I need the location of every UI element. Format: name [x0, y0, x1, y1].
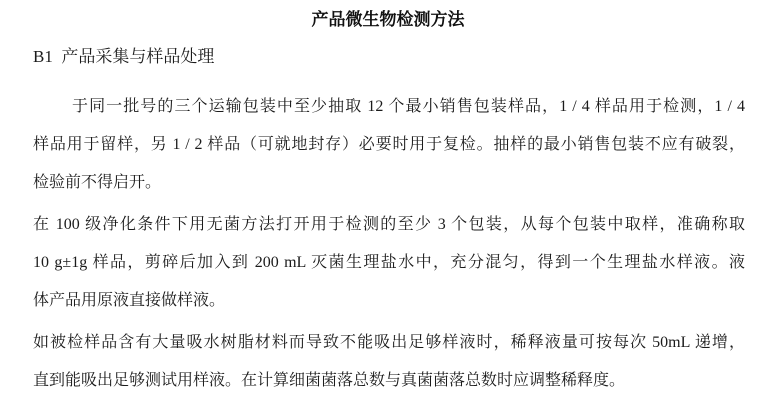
document-title: 产品微生物检测方法 — [0, 10, 776, 30]
document-body: 于同一批号的三个运输包装中至少抽取 12 个最小销售包装样品，1 / 4 样品用… — [33, 88, 745, 404]
paragraph: 如被检样品含有大量吸水树脂材料而导致不能吸出足够样液时，稀释液量可按每次 50m… — [33, 324, 745, 400]
text-line: 样品用于留样，另 1 / 2 样品（可就地封存）必要时用于复检。抽样的最小销售包… — [33, 126, 745, 164]
text-line: 10 g±1g 样品，剪碎后加入到 200 mL 灭菌生理盐水中，充分混匀，得到… — [33, 244, 745, 282]
paragraph: 在 100 级净化条件下用无菌方法打开用于检测的至少 3 个包装，从每个包装中取… — [33, 206, 745, 320]
document-page: 产品微生物检测方法 B1 产品采集与样品处理 于同一批号的三个运输包装中至少抽取… — [0, 0, 776, 404]
paragraph: 于同一批号的三个运输包装中至少抽取 12 个最小销售包装样品，1 / 4 样品用… — [33, 88, 745, 202]
section-heading: B1 产品采集与样品处理 — [33, 47, 214, 67]
text-line: 体产品用原液直接做样液。 — [33, 282, 745, 320]
text-line: 检验前不得启开。 — [33, 164, 745, 202]
text-line: 于同一批号的三个运输包装中至少抽取 12 个最小销售包装样品，1 / 4 样品用… — [33, 88, 745, 126]
text-line: 如被检样品含有大量吸水树脂材料而导致不能吸出足够样液时，稀释液量可按每次 50m… — [33, 324, 745, 362]
text-line: 在 100 级净化条件下用无菌方法打开用于检测的至少 3 个包装，从每个包装中取… — [33, 206, 745, 244]
text-line: 直到能吸出足够测试用样液。在计算细菌菌落总数与真菌菌落总数时应调整稀释度。 — [33, 362, 745, 400]
